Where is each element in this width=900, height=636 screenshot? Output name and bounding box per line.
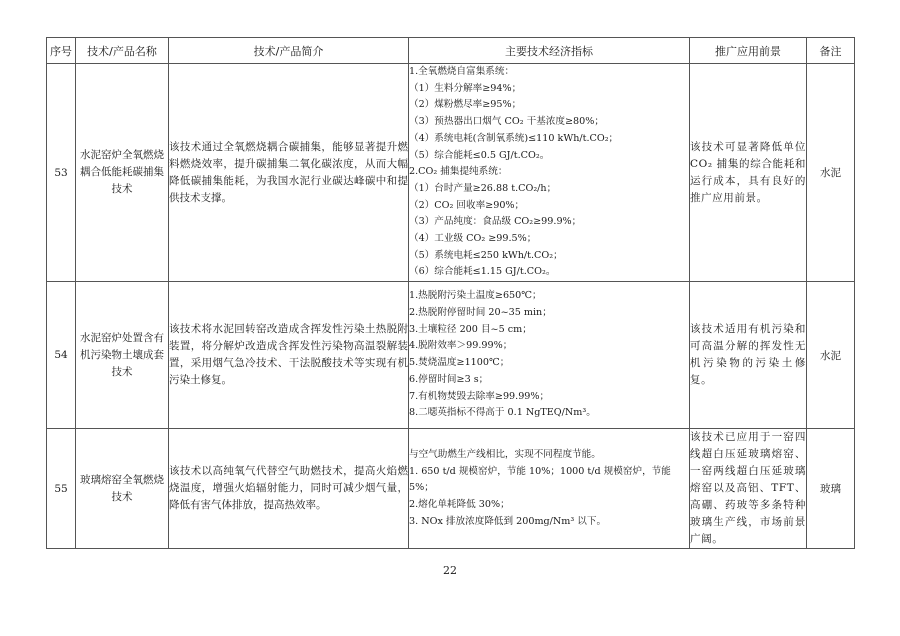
header-tech-intro: 技术/产品简介 — [169, 38, 409, 64]
row-remark: 水泥 — [807, 282, 855, 429]
table-row: 55 玻璃熔窑全氧燃烧技术 该技术以高纯氧气代替空气助燃技术，提高火焰燃烧温度，… — [47, 429, 855, 549]
indicator-line: 4.脱附效率＞99.99%； — [409, 338, 689, 355]
row-tech-name: 玻璃熔窑全氧燃烧技术 — [76, 429, 169, 549]
row-prospect: 该技术可显著降低单位 CO₂ 捕集的综合能耗和运行成本，具有良好的推广应用前景。 — [690, 64, 807, 282]
row-tech-intro: 该技术以高纯氧气代替空气助燃技术，提高火焰燃烧温度，增强火焰辐射能力，同时可减少… — [169, 429, 409, 549]
indicator-line: （6）综合能耗≤1.15 GJ/t.CO₂。 — [409, 264, 689, 281]
indicator-line: （3）预热器出口烟气 CO₂ 干基浓度≥80%； — [409, 114, 689, 131]
row-serial-no: 54 — [47, 282, 76, 429]
indicator-line: （1）生料分解率≥94%； — [409, 81, 689, 98]
header-indicators: 主要技术经济指标 — [409, 38, 690, 64]
row-remark: 水泥 — [807, 64, 855, 282]
technology-table: 序号 技术/产品名称 技术/产品简介 主要技术经济指标 推广应用前景 备注 53… — [46, 37, 855, 549]
header-tech-name: 技术/产品名称 — [76, 38, 169, 64]
indicator-line: 2.CO₂ 捕集提纯系统： — [409, 164, 689, 181]
row-remark: 玻璃 — [807, 429, 855, 549]
row-indicators: 1.热脱附污染土温度≥650℃； 2.热脱附停留时间 20~35 min； 3.… — [409, 282, 690, 429]
indicator-line: （4）系统电耗(含制氧系统)≤110 kWh/t.CO₂； — [409, 131, 689, 148]
indicator-line: 与空气助燃生产线相比，实现不同程度节能。 — [409, 447, 689, 464]
row-tech-intro: 该技术将水泥回转窑改造成含挥发性污染土热脱附装置，将分解炉改造成含挥发性污染物高… — [169, 282, 409, 429]
row-prospect: 该技术适用有机污染和可高温分解的挥发性无机污染物的污染土修复。 — [690, 282, 807, 429]
row-indicators: 与空气助燃生产线相比，实现不同程度节能。 1. 650 t/d 规模窑炉，节能 … — [409, 429, 690, 549]
indicator-line: （5）系统电耗≤250 kWh/t.CO₂； — [409, 248, 689, 265]
indicator-line: 1.热脱附污染土温度≥650℃； — [409, 288, 689, 305]
table-row: 53 水泥窑炉全氧燃烧耦合低能耗碳捕集技术 该技术通过全氧燃烧耦合碳捕集，能够显… — [47, 64, 855, 282]
row-tech-name: 水泥窑炉处置含有机污染物土壤成套技术 — [76, 282, 169, 429]
header-remark: 备注 — [807, 38, 855, 64]
page-number: 22 — [0, 564, 900, 577]
row-serial-no: 55 — [47, 429, 76, 549]
indicator-line: （2）煤粉燃尽率≥95%； — [409, 97, 689, 114]
table-row: 54 水泥窑炉处置含有机污染物土壤成套技术 该技术将水泥回转窑改造成含挥发性污染… — [47, 282, 855, 429]
row-serial-no: 53 — [47, 64, 76, 282]
indicator-line: 3. NOx 排放浓度降低到 200mg/Nm³ 以下。 — [409, 514, 689, 531]
indicator-line: 1. 650 t/d 规模窑炉，节能 10%；1000 t/d 规模窑炉，节能 … — [409, 464, 689, 497]
header-serial-no: 序号 — [47, 38, 76, 64]
indicator-line: （4）工业级 CO₂ ≥99.5%； — [409, 231, 689, 248]
indicator-line: 2.热脱附停留时间 20~35 min； — [409, 305, 689, 322]
indicator-line: 8.二噁英指标不得高于 0.1 NgTEQ/Nm³。 — [409, 405, 689, 422]
indicator-line: 3.土壤粒径 200 目~5 cm； — [409, 322, 689, 339]
indicator-line: 6.停留时间≥3 s； — [409, 372, 689, 389]
indicator-line: 5.焚烧温度≥1100℃； — [409, 355, 689, 372]
table-header-row: 序号 技术/产品名称 技术/产品简介 主要技术经济指标 推广应用前景 备注 — [47, 38, 855, 64]
row-prospect: 该技术已应用于一窑四线超白压延玻璃熔窑、一窑两线超白压延玻璃熔窑以及高铝、TFT… — [690, 429, 807, 549]
indicator-line: （3）产品纯度：食品级 CO₂≥99.9%； — [409, 214, 689, 231]
indicator-line: 1.全氧燃烧自富集系统： — [409, 64, 689, 81]
indicator-line: （2）CO₂ 回收率≥90%； — [409, 198, 689, 215]
indicator-line: 2.熔化单耗降低 30%； — [409, 497, 689, 514]
indicator-line: （1）台时产量≥26.88 t.CO₂/h； — [409, 181, 689, 198]
row-tech-intro: 该技术通过全氧燃烧耦合碳捕集，能够显著提升燃料燃烧效率，提升碳捕集二氧化碳浓度，… — [169, 64, 409, 282]
row-tech-name: 水泥窑炉全氧燃烧耦合低能耗碳捕集技术 — [76, 64, 169, 282]
indicator-line: （5）综合能耗≤0.5 GJ/t.CO₂。 — [409, 148, 689, 165]
header-prospect: 推广应用前景 — [690, 38, 807, 64]
indicator-line: 7.有机物焚毁去除率≥99.99%； — [409, 389, 689, 406]
row-indicators: 1.全氧燃烧自富集系统： （1）生料分解率≥94%； （2）煤粉燃尽率≥95%；… — [409, 64, 690, 282]
